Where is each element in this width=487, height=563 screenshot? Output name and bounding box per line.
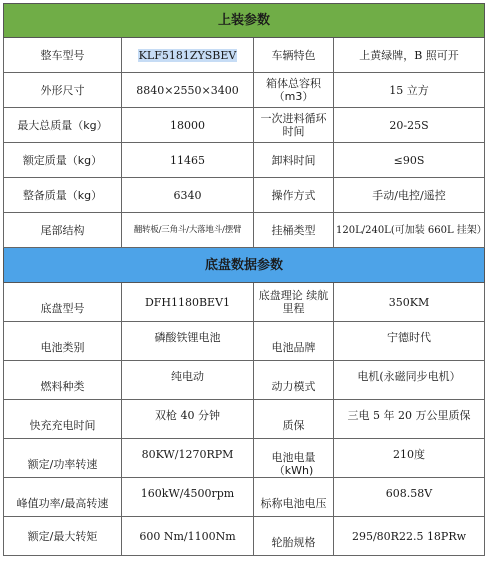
label-cell: 一次进料循环时间 (254, 108, 334, 143)
value-cell: 电机(永磁同步电机） (334, 361, 485, 400)
value-text: 电机(永磁同步电机） (357, 370, 460, 383)
section-title: 上装参数 (4, 4, 485, 38)
label-text: 质保 (283, 419, 305, 432)
label-text: 额定/功率转速 (28, 458, 98, 471)
value-cell: 上黄绿牌，B 照可开 (334, 38, 485, 73)
value-cell: 手动/电控/遥控 (334, 178, 485, 213)
value-cell: 600 Nm/1100Nm (122, 517, 254, 556)
value-cell: 295/80R22.5 18PRw (334, 517, 485, 556)
value-cell: 宁德时代 (334, 322, 485, 361)
table-row: 最大总质量（kg） 18000 一次进料循环时间 20-25S (4, 108, 485, 143)
label-cell: 整备质量（kg） (4, 178, 122, 213)
value-cell: 608.58V (334, 478, 485, 517)
label-text: 快充充电时间 (30, 419, 96, 432)
label-cell: 动力模式 (254, 361, 334, 400)
selected-text[interactable]: KLF5181ZYSBEV (138, 49, 238, 62)
label-cell: 快充充电时间 (4, 400, 122, 439)
value-cell: DFH1180BEV1 (122, 283, 254, 322)
label-text: 标称电池电压 (261, 497, 327, 510)
label-cell: 最大总质量（kg） (4, 108, 122, 143)
table-row: 额定质量（kg） 11465 卸料时间 ≤90S (4, 143, 485, 178)
label-text: 燃料种类 (41, 380, 85, 393)
table-row: 外形尺寸 8840×2550×3400 箱体总容积（m3） 15 立方 (4, 73, 485, 108)
label-cell: 车辆特色 (254, 38, 334, 73)
value-text: 双枪 40 分钟 (155, 409, 220, 422)
value-cell: 210度 (334, 439, 485, 478)
label-text: 电池品牌 (272, 341, 316, 354)
value-cell: 6340 (122, 178, 254, 213)
value-cell: 160kW/4500rpm (122, 478, 254, 517)
label-cell: 尾部结构 (4, 213, 122, 248)
value-cell: 磷酸铁锂电池 (122, 322, 254, 361)
label-cell: 标称电池电压 (254, 478, 334, 517)
table-row: 额定/最大转矩 600 Nm/1100Nm 轮胎规格 295/80R22.5 1… (4, 517, 485, 556)
label-text: 电池电量（kWh) (256, 451, 331, 477)
value-cell: 120L/240L(可加装 660L 挂架） (334, 213, 485, 248)
label-cell: 电池电量（kWh) (254, 439, 334, 478)
value-cell: ≤90S (334, 143, 485, 178)
value-cell: 350KM (334, 283, 485, 322)
section-title: 底盘数据参数 (4, 248, 485, 283)
label-text: 动力模式 (272, 380, 316, 393)
label-cell: 挂桶类型 (254, 213, 334, 248)
table-row: 峰值功率/最高转速 160kW/4500rpm 标称电池电压 608.58V (4, 478, 485, 517)
label-cell: 轮胎规格 (254, 517, 334, 556)
value-cell: 18000 (122, 108, 254, 143)
label-cell: 电池类别 (4, 322, 122, 361)
table-row: 整车型号 KLF5181ZYSBEV 车辆特色 上黄绿牌，B 照可开 (4, 38, 485, 73)
table-row: 整备质量（kg） 6340 操作方式 手动/电控/遥控 (4, 178, 485, 213)
table-row: 底盘型号 DFH1180BEV1 底盘理论 续航里程 350KM (4, 283, 485, 322)
section-header-upper-body: 上装参数 (4, 4, 485, 38)
value-cell: 翻转板/三角斗/大落地斗/摆臂 (122, 213, 254, 248)
value-cell: KLF5181ZYSBEV (122, 38, 254, 73)
label-cell: 整车型号 (4, 38, 122, 73)
value-cell: 20-25S (334, 108, 485, 143)
value-text: 160kW/4500rpm (141, 487, 234, 500)
table-row: 尾部结构 翻转板/三角斗/大落地斗/摆臂 挂桶类型 120L/240L(可加装 … (4, 213, 485, 248)
value-text: 纯电动 (171, 370, 204, 383)
value-text: 210度 (393, 448, 425, 461)
table-row: 快充充电时间 双枪 40 分钟 质保 三电 5 年 20 万公里质保 (4, 400, 485, 439)
label-cell: 质保 (254, 400, 334, 439)
value-cell: 80KW/1270RPM (122, 439, 254, 478)
value-cell: 8840×2550×3400 (122, 73, 254, 108)
label-cell: 底盘理论 续航里程 (254, 283, 334, 322)
label-cell: 电池品牌 (254, 322, 334, 361)
section-header-chassis: 底盘数据参数 (4, 248, 485, 283)
label-text: 电池类别 (41, 341, 85, 354)
label-cell: 额定/功率转速 (4, 439, 122, 478)
label-cell: 峰值功率/最高转速 (4, 478, 122, 517)
value-cell: 15 立方 (334, 73, 485, 108)
value-text: 三电 5 年 20 万公里质保 (348, 409, 471, 422)
value-text: 磷酸铁锂电池 (155, 331, 221, 344)
value-cell: 纯电动 (122, 361, 254, 400)
value-cell: 双枪 40 分钟 (122, 400, 254, 439)
value-text: 608.58V (386, 487, 432, 500)
label-cell: 操作方式 (254, 178, 334, 213)
label-cell: 箱体总容积（m3） (254, 73, 334, 108)
label-text: 底盘型号 (41, 302, 85, 315)
label-cell: 燃料种类 (4, 361, 122, 400)
label-cell: 卸料时间 (254, 143, 334, 178)
label-cell: 外形尺寸 (4, 73, 122, 108)
label-text: 轮胎规格 (272, 536, 316, 549)
label-text: 峰值功率/最高转速 (17, 497, 109, 510)
table-row: 额定/功率转速 80KW/1270RPM 电池电量（kWh) 210度 (4, 439, 485, 478)
label-cell: 底盘型号 (4, 283, 122, 322)
value-text: 宁德时代 (387, 331, 431, 344)
label-cell: 额定质量（kg） (4, 143, 122, 178)
table-row: 电池类别 磷酸铁锂电池 电池品牌 宁德时代 (4, 322, 485, 361)
value-cell: 三电 5 年 20 万公里质保 (334, 400, 485, 439)
value-cell: 11465 (122, 143, 254, 178)
spec-table: 上装参数 整车型号 KLF5181ZYSBEV 车辆特色 上黄绿牌，B 照可开 … (3, 3, 485, 556)
table-row: 燃料种类 纯电动 动力模式 电机(永磁同步电机） (4, 361, 485, 400)
label-cell: 额定/最大转矩 (4, 517, 122, 556)
value-text: 80KW/1270RPM (142, 448, 234, 461)
